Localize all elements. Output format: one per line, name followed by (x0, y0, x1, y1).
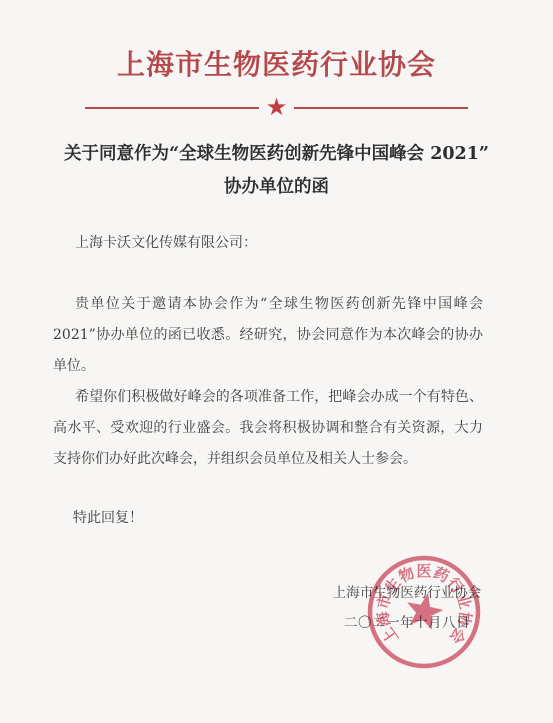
divider-line-left (85, 107, 259, 110)
letter-page: 上海市生物医药行业协会 ★ 关于同意作为“全球生物医药创新先锋中国峰会 2021… (0, 0, 553, 723)
letter-title: 关于同意作为“全球生物医药创新先锋中国峰会 2021” 协办单位的函 (0, 138, 553, 204)
seal-ring-char: 医 (416, 562, 431, 580)
letter-title-line1: 关于同意作为“全球生物医药创新先锋中国峰会 2021” (0, 138, 553, 171)
signature-org: 上海市生物医药行业协会 (332, 583, 482, 603)
letter-title-line2: 协办单位的函 (0, 171, 553, 204)
body-paragraph-2: 希望你们积极做好峰会的各项准备工作，把峰会办成一个有特色、高水平、受欢迎的行业盛… (53, 382, 483, 475)
closing-phrase: 特此回复！ (73, 503, 483, 534)
letterhead: 上海市生物医药行业协会 ★ (0, 0, 553, 120)
signature-date: 二〇二一年十月八日 (332, 613, 482, 633)
org-name: 上海市生物医药行业协会 (0, 0, 553, 80)
header-divider: ★ (85, 96, 468, 120)
divider-line-right (294, 107, 468, 110)
salutation: 上海卡沃文化传媒有限公司： (75, 232, 483, 254)
letter-body: 上海卡沃文化传媒有限公司： 贵单位关于邀请本协会作为“全球生物医药创新先锋中国峰… (0, 232, 553, 534)
signature-block: 上海市生物医药行业协会 二〇二一年十月八日 (332, 583, 482, 633)
body-paragraph-1: 贵单位关于邀请本协会作为“全球生物医药创新先锋中国峰会2021”协办单位的函已收… (53, 289, 483, 382)
star-icon: ★ (266, 95, 288, 119)
